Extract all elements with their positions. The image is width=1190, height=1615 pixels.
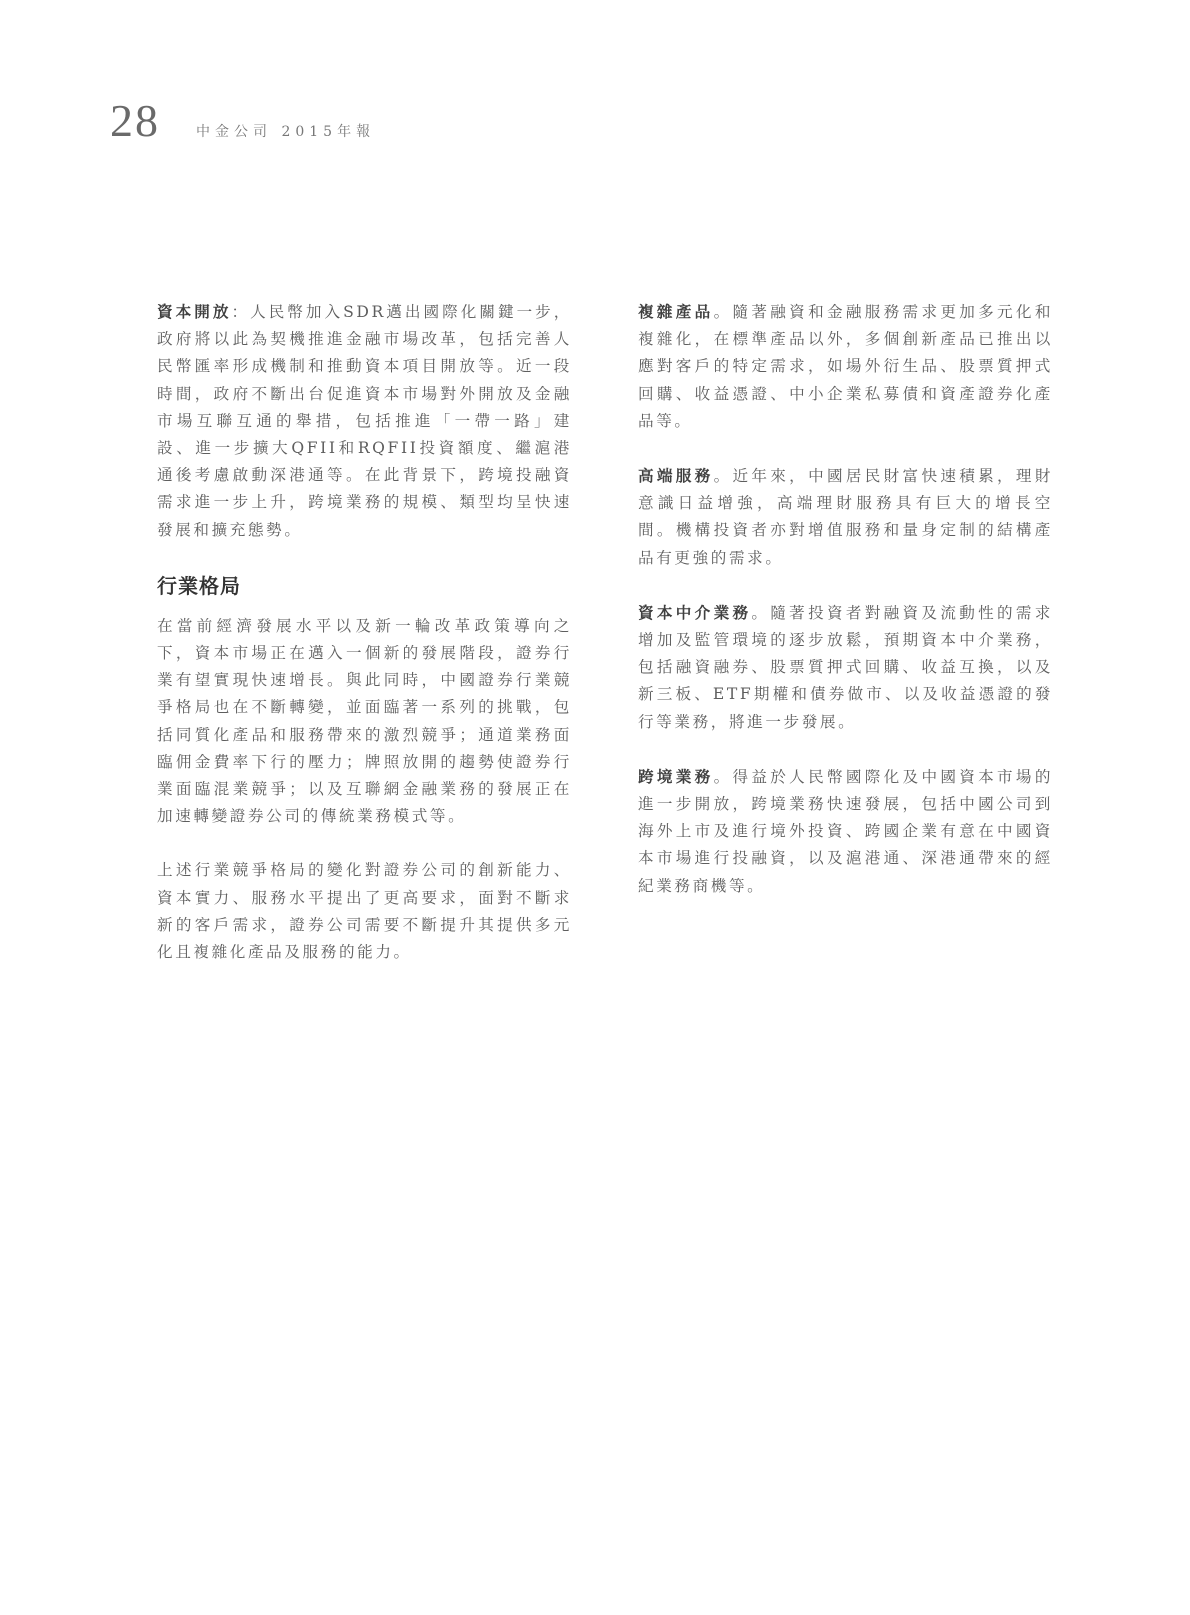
lead-separator: ： (231, 303, 250, 321)
paragraph-industry-landscape: 在當前經濟發展水平以及新一輪改革政策導向之下，資本市場正在邁入一個新的發展階段，… (157, 613, 572, 831)
lead-separator: 。 (714, 467, 733, 485)
paragraph-capital-opening: 資本開放：人民幣加入SDR邁出國際化關鍵一步，政府將以此為契機推進金融市場改革，… (157, 298, 572, 544)
paragraph-lead: 資本開放 (157, 302, 231, 321)
lead-separator: 。 (751, 604, 770, 622)
lead-separator: 。 (714, 303, 733, 321)
page-number: 28 (110, 98, 160, 144)
running-title: 中金公司 2015年報 (196, 121, 375, 141)
paragraph-complex-products: 複雜產品。隨著融資和金融服務需求更加多元化和複雜化，在標準產品以外，多個創新產品… (638, 298, 1053, 435)
paragraph-body: 隨著融資和金融服務需求更加多元化和複雜化，在標準產品以外，多個創新產品已推出以應… (638, 303, 1053, 430)
paragraph-lead: 高端服務 (638, 466, 714, 485)
paragraph-requirements: 上述行業競爭格局的變化對證券公司的創新能力、資本實力、服務水平提出了更高要求，面… (157, 857, 572, 966)
paragraph-body: 隨著投資者對融資及流動性的需求增加及監管環境的逐步放鬆，預期資本中介業務，包括融… (638, 604, 1053, 731)
paragraph-lead: 複雜產品 (638, 302, 714, 321)
right-column: 複雜產品。隨著融資和金融服務需求更加多元化和複雜化，在標準產品以外，多個創新產品… (638, 298, 1053, 927)
paragraph-body: 人民幣加入SDR邁出國際化關鍵一步，政府將以此為契機推進金融市場改革，包括完善人… (157, 303, 572, 539)
section-heading: 行業格局 (157, 571, 572, 601)
lead-separator: 。 (714, 768, 733, 786)
left-column: 資本開放：人民幣加入SDR邁出國際化關鍵一步，政府將以此為契機推進金融市場改革，… (157, 298, 572, 993)
paragraph-capital-intermediary: 資本中介業務。隨著投資者對融資及流動性的需求增加及監管環境的逐步放鬆，預期資本中… (638, 599, 1053, 736)
paragraph-lead: 跨境業務 (638, 767, 714, 786)
paragraph-high-end-services: 高端服務。近年來，中國居民財富快速積累，理財意識日益增強，高端理財服務具有巨大的… (638, 462, 1053, 572)
page-header: 28 中金公司 2015年報 (110, 98, 375, 144)
paragraph-lead: 資本中介業務 (638, 603, 751, 622)
paragraph-cross-border: 跨境業務。得益於人民幣國際化及中國資本市場的進一步開放，跨境業務快速發展，包括中… (638, 763, 1053, 900)
paragraph-body: 得益於人民幣國際化及中國資本市場的進一步開放，跨境業務快速發展，包括中國公司到海… (638, 768, 1053, 895)
